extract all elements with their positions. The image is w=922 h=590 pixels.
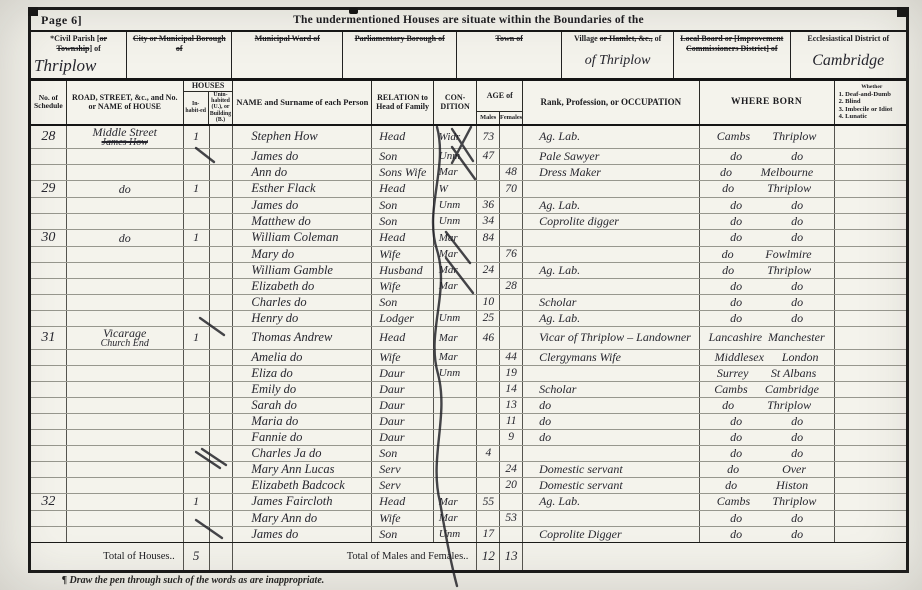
- road-cell: [67, 511, 184, 526]
- age-female-cell: [500, 295, 523, 310]
- age-male-cell: 55: [477, 494, 500, 510]
- road-cell: [67, 165, 184, 180]
- age-female-cell: 24: [500, 462, 523, 477]
- person-name-cell: William Gamble: [233, 263, 372, 278]
- age-female-cell: [500, 263, 523, 278]
- born-place: Thriplow: [767, 263, 811, 278]
- houses-inhabited-cell: [184, 279, 210, 294]
- houses-inhabited-cell: [184, 527, 210, 542]
- col-header-males: Males: [477, 112, 499, 124]
- houses-inhabited-cell: [184, 295, 210, 310]
- houses-uninhabited-cell: [210, 511, 234, 526]
- occupation-cell: Ag. Lab.: [523, 263, 700, 278]
- schedule-number: [31, 247, 67, 262]
- houses-inhabited-cell: 1: [184, 126, 210, 148]
- relation-cell: Head: [372, 181, 434, 197]
- schedule-number: [31, 165, 67, 180]
- born-county: do: [730, 230, 742, 245]
- born-county: do: [725, 478, 737, 493]
- occupation-cell: do: [523, 398, 700, 413]
- infirmity-cell: [835, 366, 906, 381]
- table-row: Mary Ann doWifeMar53dodo: [31, 511, 906, 527]
- road-cell: [67, 214, 184, 229]
- age-female-cell: 19: [500, 366, 523, 381]
- table-row: 29do1Esther FlackHeadW70doThriplow: [31, 181, 906, 198]
- schedule-number: 32: [31, 494, 67, 510]
- schedule-number: [31, 295, 67, 310]
- houses-inhabited-cell: [184, 247, 210, 262]
- born-place: London: [782, 350, 819, 365]
- schedule-number: [31, 263, 67, 278]
- location-box-parliamentary-borough: Parliamentary Borough of: [343, 32, 457, 78]
- occupation-cell: Ag. Lab.: [523, 198, 700, 213]
- total-houses-value: 5: [184, 543, 210, 570]
- condition-cell: [434, 446, 478, 461]
- houses-uninhabited-cell: [210, 366, 234, 381]
- person-name-cell: Amelia do: [233, 350, 372, 365]
- infirmity-cell: [835, 327, 906, 349]
- age-male-cell: 73: [477, 126, 500, 148]
- civil-parish-value: Thriplow: [34, 54, 96, 78]
- census-page-scan: Page 6] The undermentioned Houses are si…: [0, 0, 922, 590]
- road-cell: [67, 149, 184, 164]
- road-cell: Middle StreetJames How: [67, 126, 184, 148]
- born-place: Histon: [776, 478, 808, 493]
- where-born-cell: doFowlmire: [700, 247, 835, 262]
- condition-cell: Mar: [434, 494, 478, 510]
- road-cell: [67, 446, 184, 461]
- road-name: Vicarage: [103, 327, 146, 339]
- person-name-cell: Emily do: [233, 382, 372, 397]
- table-row: William GambleHusbandMar24Ag. Lab.doThri…: [31, 263, 906, 279]
- infirmity-cell: [835, 295, 906, 310]
- table-row: Maria doDaur11dododo: [31, 414, 906, 430]
- total-females-value: 13: [500, 543, 523, 570]
- occupation-cell: Vicar of Thriplow – Landowner: [523, 327, 700, 349]
- road-cell: do: [67, 181, 184, 197]
- condition-cell: [434, 398, 478, 413]
- schedule-number: 28: [31, 126, 67, 148]
- table-row: Matthew doSonUnm34Coprolite diggerdodo: [31, 214, 906, 230]
- infirmity-cell: [835, 494, 906, 510]
- person-name-cell: Eliza do: [233, 366, 372, 381]
- occupation-cell: Scholar: [523, 295, 700, 310]
- road-name: Middle Street: [92, 126, 157, 138]
- born-county: do: [730, 198, 742, 213]
- condition-cell: [434, 478, 478, 493]
- road-cell: do: [67, 230, 184, 246]
- age-female-cell: [500, 446, 523, 461]
- infirmity-item: 2. Blind: [839, 98, 861, 106]
- occupation-cell: [523, 247, 700, 262]
- condition-cell: Mar: [434, 230, 478, 246]
- table-row: Elizabeth doWifeMar28dodo: [31, 279, 906, 295]
- location-box-village: Village or Hamlet, &c., of of Thriplow: [562, 32, 674, 78]
- houses-inhabited-cell: 1: [184, 494, 210, 510]
- born-place: do: [791, 527, 803, 542]
- relation-cell: Head: [372, 126, 434, 148]
- houses-inhabited-cell: [184, 311, 210, 326]
- where-born-cell: dodo: [700, 149, 835, 164]
- condition-cell: W: [434, 181, 478, 197]
- road-cell: [67, 247, 184, 262]
- occupation-cell: [523, 279, 700, 294]
- age-male-cell: [477, 462, 500, 477]
- col-header-females: Females: [499, 112, 522, 124]
- person-name-cell: James do: [233, 527, 372, 542]
- houses-uninhabited-cell: [210, 478, 234, 493]
- schedule-number: [31, 149, 67, 164]
- born-place: do: [791, 198, 803, 213]
- person-name-cell: Mary Ann do: [233, 511, 372, 526]
- age-male-cell: 84: [477, 230, 500, 246]
- age-male-cell: 46: [477, 327, 500, 349]
- location-box-civil-parish: *Civil Parish [or Township] of Thriplow: [31, 32, 127, 78]
- location-box-town: Town of: [457, 32, 562, 78]
- born-place: do: [791, 414, 803, 429]
- table-row: Mary doWifeMar76doFowlmire: [31, 247, 906, 263]
- col-header-relation: RELATION to Head of Family: [372, 81, 434, 123]
- houses-uninhabited-cell: [210, 149, 234, 164]
- totals-blank: [210, 543, 234, 570]
- age-female-cell: 28: [500, 279, 523, 294]
- born-county: Surrey: [717, 366, 749, 381]
- table-row: Fannie doDaur9dododo: [31, 430, 906, 446]
- age-female-cell: [500, 198, 523, 213]
- born-place: do: [791, 295, 803, 310]
- schedule-number: [31, 214, 67, 229]
- relation-cell: Son: [372, 527, 434, 542]
- col-header-condition: CON- DITION: [434, 81, 478, 123]
- person-name-cell: Fannie do: [233, 430, 372, 445]
- total-houses-label: Total of Houses..: [31, 543, 184, 570]
- houses-uninhabited-cell: [210, 295, 234, 310]
- born-place: Thriplow: [767, 181, 811, 196]
- born-county: do: [730, 414, 742, 429]
- schedule-number: 29: [31, 181, 67, 197]
- age-female-cell: [500, 214, 523, 229]
- where-born-cell: SurreySt Albans: [700, 366, 835, 381]
- table-row: Emily doDaur14ScholarCambsCambridge: [31, 382, 906, 398]
- table-row: Amelia doWifeMar44Clergymans WifeMiddles…: [31, 350, 906, 366]
- location-label: Town of: [495, 34, 523, 44]
- houses-inhabited-cell: [184, 462, 210, 477]
- condition-cell: Mar: [434, 350, 478, 365]
- person-name-cell: Matthew do: [233, 214, 372, 229]
- location-boxes: *Civil Parish [or Township] of Thriplow …: [31, 32, 906, 81]
- infirmity-cell: [835, 511, 906, 526]
- infirmity-item: 1. Deaf-and-Dumb: [839, 91, 891, 99]
- col-header-schedule: No. of Schedule: [31, 81, 67, 123]
- road-cell: VicarageChurch End: [67, 327, 184, 349]
- infirmity-cell: [835, 462, 906, 477]
- age-male-cell: 47: [477, 149, 500, 164]
- road-cell: [67, 398, 184, 413]
- banner-title: The undermentioned Houses are situate wi…: [31, 14, 906, 26]
- born-place: do: [791, 230, 803, 245]
- col-header-name: NAME and Surname of each Person: [233, 81, 372, 123]
- age-male-cell: [477, 181, 500, 197]
- age-male-cell: [477, 398, 500, 413]
- born-place: do: [791, 430, 803, 445]
- road-name-secondary: Church End: [101, 339, 149, 349]
- schedule-number: 31: [31, 327, 67, 349]
- occupation-cell: do: [523, 414, 700, 429]
- where-born-cell: doThriplow: [700, 181, 835, 197]
- person-name-cell: William Coleman: [233, 230, 372, 246]
- infirmity-cell: [835, 414, 906, 429]
- where-born-cell: doMelbourne: [700, 165, 835, 180]
- born-county: do: [727, 462, 739, 477]
- condition-cell: Mar: [434, 279, 478, 294]
- table-row: James doSonUnm36Ag. Lab.dodo: [31, 198, 906, 214]
- location-label: City or Municipal Borough of: [130, 34, 228, 54]
- condition-cell: Mar: [434, 511, 478, 526]
- schedule-number: 30: [31, 230, 67, 246]
- infirmity-cell: [835, 430, 906, 445]
- where-born-cell: doThriplow: [700, 263, 835, 278]
- age-male-cell: 17: [477, 527, 500, 542]
- col-header-uninhabited: Unin-habited (U.), or Building (B.): [208, 92, 233, 124]
- infirmity-cell: [835, 279, 906, 294]
- houses-inhabited-cell: 1: [184, 230, 210, 246]
- condition-cell: Mar: [434, 263, 478, 278]
- person-name-cell: Sarah do: [233, 398, 372, 413]
- table-row: James doSonUnm47Pale Sawyerdodo: [31, 149, 906, 165]
- where-born-cell: dodo: [700, 414, 835, 429]
- table-row: Henry doLodgerUnm25Ag. Lab.dodo: [31, 311, 906, 327]
- occupation-cell: Domestic servant: [523, 462, 700, 477]
- houses-inhabited-cell: [184, 214, 210, 229]
- schedule-number: [31, 430, 67, 445]
- age-female-cell: [500, 527, 523, 542]
- person-name-cell: Mary Ann Lucas: [233, 462, 372, 477]
- born-county: Middlesex: [715, 350, 764, 365]
- houses-inhabited-cell: [184, 382, 210, 397]
- person-name-cell: Ann do: [233, 165, 372, 180]
- born-place: Melbourne: [761, 165, 814, 180]
- location-label: Local Board or [Improvement Commissioner…: [677, 34, 786, 54]
- person-name-cell: Elizabeth Badcock: [233, 478, 372, 493]
- occupation-cell: Ag. Lab.: [523, 494, 700, 510]
- age-male-cell: 34: [477, 214, 500, 229]
- road-cell: [67, 462, 184, 477]
- where-born-cell: LancashireManchester: [700, 327, 835, 349]
- where-born-cell: dodo: [700, 279, 835, 294]
- occupation-cell: [523, 446, 700, 461]
- infirmity-item: 3. Imbecile or Idiot: [839, 106, 893, 114]
- born-place: do: [791, 214, 803, 229]
- age-male-cell: [477, 414, 500, 429]
- age-female-cell: 70: [500, 181, 523, 197]
- where-born-cell: CambsCambridge: [700, 382, 835, 397]
- relation-cell: Son: [372, 198, 434, 213]
- born-county: do: [730, 295, 742, 310]
- occupation-cell: do: [523, 430, 700, 445]
- houses-inhabited-cell: [184, 165, 210, 180]
- where-born-cell: MiddlesexLondon: [700, 350, 835, 365]
- born-county: do: [730, 214, 742, 229]
- condition-cell: Unm: [434, 366, 478, 381]
- location-box-municipal-ward: Municipal Ward of: [232, 32, 343, 78]
- born-county: do: [730, 527, 742, 542]
- road-name-secondary: James How: [102, 138, 148, 148]
- occupation-cell: Domestic servant: [523, 478, 700, 493]
- houses-inhabited-cell: [184, 366, 210, 381]
- born-place: do: [791, 311, 803, 326]
- totals-blank: [523, 543, 906, 570]
- col-header-occupation: Rank, Profession, or OCCUPATION: [523, 81, 700, 123]
- born-county: do: [722, 247, 734, 262]
- born-place: Over: [782, 462, 806, 477]
- occupation-cell: Pale Sawyer: [523, 149, 700, 164]
- occupation-cell: [523, 230, 700, 246]
- location-label: Municipal Ward of: [255, 34, 320, 44]
- road-cell: [67, 366, 184, 381]
- col-header-inhabited: In-habit-ed: [184, 92, 208, 124]
- person-name-cell: Charles Ja do: [233, 446, 372, 461]
- age-male-cell: [477, 382, 500, 397]
- road-cell: [67, 430, 184, 445]
- age-female-cell: [500, 311, 523, 326]
- ecclesiastical-district-value: Cambridge: [812, 44, 884, 78]
- where-born-cell: CambsThriplow: [700, 126, 835, 148]
- condition-cell: Unm: [434, 214, 478, 229]
- person-name-cell: Stephen How: [233, 126, 372, 148]
- born-place: St Albans: [771, 366, 816, 381]
- infirmity-cell: [835, 263, 906, 278]
- top-band: Page 6] The undermentioned Houses are si…: [31, 10, 906, 32]
- schedule-number: [31, 446, 67, 461]
- where-born-cell: dodo: [700, 295, 835, 310]
- age-male-cell: 4: [477, 446, 500, 461]
- road-cell: [67, 382, 184, 397]
- condition-cell: [434, 430, 478, 445]
- relation-cell: Daur: [372, 366, 434, 381]
- where-born-cell: dodo: [700, 511, 835, 526]
- person-name-cell: Elizabeth do: [233, 279, 372, 294]
- born-county: Cambs: [717, 494, 750, 509]
- person-name-cell: Maria do: [233, 414, 372, 429]
- location-label: Village or Hamlet, &c., of: [574, 34, 661, 44]
- born-place: Thriplow: [767, 398, 811, 413]
- age-male-cell: [477, 478, 500, 493]
- col-header-age-title: AGE of: [477, 81, 522, 110]
- totals-row: Total of Houses.. 5 Total of Males and F…: [31, 542, 906, 570]
- age-female-cell: 48: [500, 165, 523, 180]
- condition-cell: Widr: [434, 126, 478, 148]
- born-county: do: [730, 149, 742, 164]
- age-female-cell: 76: [500, 247, 523, 262]
- col-header-road: ROAD, STREET, &c., and No. or NAME of HO…: [67, 81, 184, 123]
- col-header-age: AGE of Males Females: [477, 81, 523, 123]
- infirmity-cell: [835, 311, 906, 326]
- occupation-cell: [523, 181, 700, 197]
- born-county: Cambs: [714, 382, 747, 397]
- houses-uninhabited-cell: [210, 230, 234, 246]
- road-name: do: [119, 232, 131, 244]
- table-row: Charles Ja doSon4dodo: [31, 446, 906, 462]
- col-header-houses: HOUSES In-habit-ed Unin-habited (U.), or…: [184, 81, 234, 123]
- relation-cell: Son: [372, 149, 434, 164]
- infirmity-cell: [835, 165, 906, 180]
- relation-cell: Head: [372, 494, 434, 510]
- age-female-cell: [500, 230, 523, 246]
- age-male-cell: [477, 366, 500, 381]
- houses-uninhabited-cell: [210, 494, 234, 510]
- houses-uninhabited-cell: [210, 198, 234, 213]
- born-county: do: [720, 165, 732, 180]
- age-male-cell: [477, 247, 500, 262]
- born-county: Cambs: [717, 129, 750, 144]
- born-place: Cambridge: [765, 382, 819, 397]
- relation-cell: Wife: [372, 279, 434, 294]
- where-born-cell: dodo: [700, 230, 835, 246]
- born-county: do: [722, 181, 734, 196]
- infirmity-cell: [835, 126, 906, 148]
- relation-cell: Daur: [372, 382, 434, 397]
- houses-inhabited-cell: [184, 446, 210, 461]
- col-header-houses-title: HOUSES: [184, 81, 233, 91]
- road-cell: [67, 494, 184, 510]
- table-row: Charles doSon10Scholardodo: [31, 295, 906, 311]
- column-header-row: No. of Schedule ROAD, STREET, &c., and N…: [31, 81, 906, 125]
- relation-cell: Serv: [372, 462, 434, 477]
- houses-uninhabited-cell: [210, 165, 234, 180]
- total-males-value: 12: [477, 543, 500, 570]
- born-place: do: [791, 446, 803, 461]
- occupation-cell: [523, 366, 700, 381]
- road-cell: [67, 311, 184, 326]
- born-place: do: [791, 511, 803, 526]
- age-male-cell: 25: [477, 311, 500, 326]
- person-name-cell: Mary do: [233, 247, 372, 262]
- location-box-city-borough: City or Municipal Borough of: [127, 32, 232, 78]
- person-name-cell: Henry do: [233, 311, 372, 326]
- where-born-cell: dodo: [700, 446, 835, 461]
- footnote: ¶ Draw the pen through such of the words…: [62, 575, 324, 586]
- born-county: do: [730, 446, 742, 461]
- houses-uninhabited-cell: [210, 414, 234, 429]
- relation-cell: Son: [372, 446, 434, 461]
- age-male-cell: [477, 430, 500, 445]
- location-box-ecclesiastical-district: Ecclesiastical District of Cambridge: [791, 32, 907, 78]
- relation-cell: Serv: [372, 478, 434, 493]
- condition-cell: [434, 414, 478, 429]
- schedule-number: [31, 398, 67, 413]
- condition-cell: [434, 462, 478, 477]
- where-born-cell: doHiston: [700, 478, 835, 493]
- houses-uninhabited-cell: [210, 327, 234, 349]
- where-born-cell: dodo: [700, 527, 835, 542]
- houses-inhabited-cell: [184, 398, 210, 413]
- person-name-cell: James do: [233, 149, 372, 164]
- age-female-cell: 13: [500, 398, 523, 413]
- relation-cell: Son: [372, 214, 434, 229]
- relation-cell: Head: [372, 327, 434, 349]
- where-born-cell: CambsThriplow: [700, 494, 835, 510]
- infirmity-cell: [835, 446, 906, 461]
- occupation-cell: Scholar: [523, 382, 700, 397]
- born-county: do: [722, 398, 734, 413]
- born-place: Manchester: [768, 330, 825, 345]
- road-cell: [67, 198, 184, 213]
- location-label: *Civil Parish [or Township] of: [34, 34, 123, 54]
- infirmity-cell: [835, 214, 906, 229]
- infirmity-cell: [835, 350, 906, 365]
- born-place: Fowlmire: [765, 247, 811, 262]
- census-form-frame: Page 6] The undermentioned Houses are si…: [28, 7, 909, 573]
